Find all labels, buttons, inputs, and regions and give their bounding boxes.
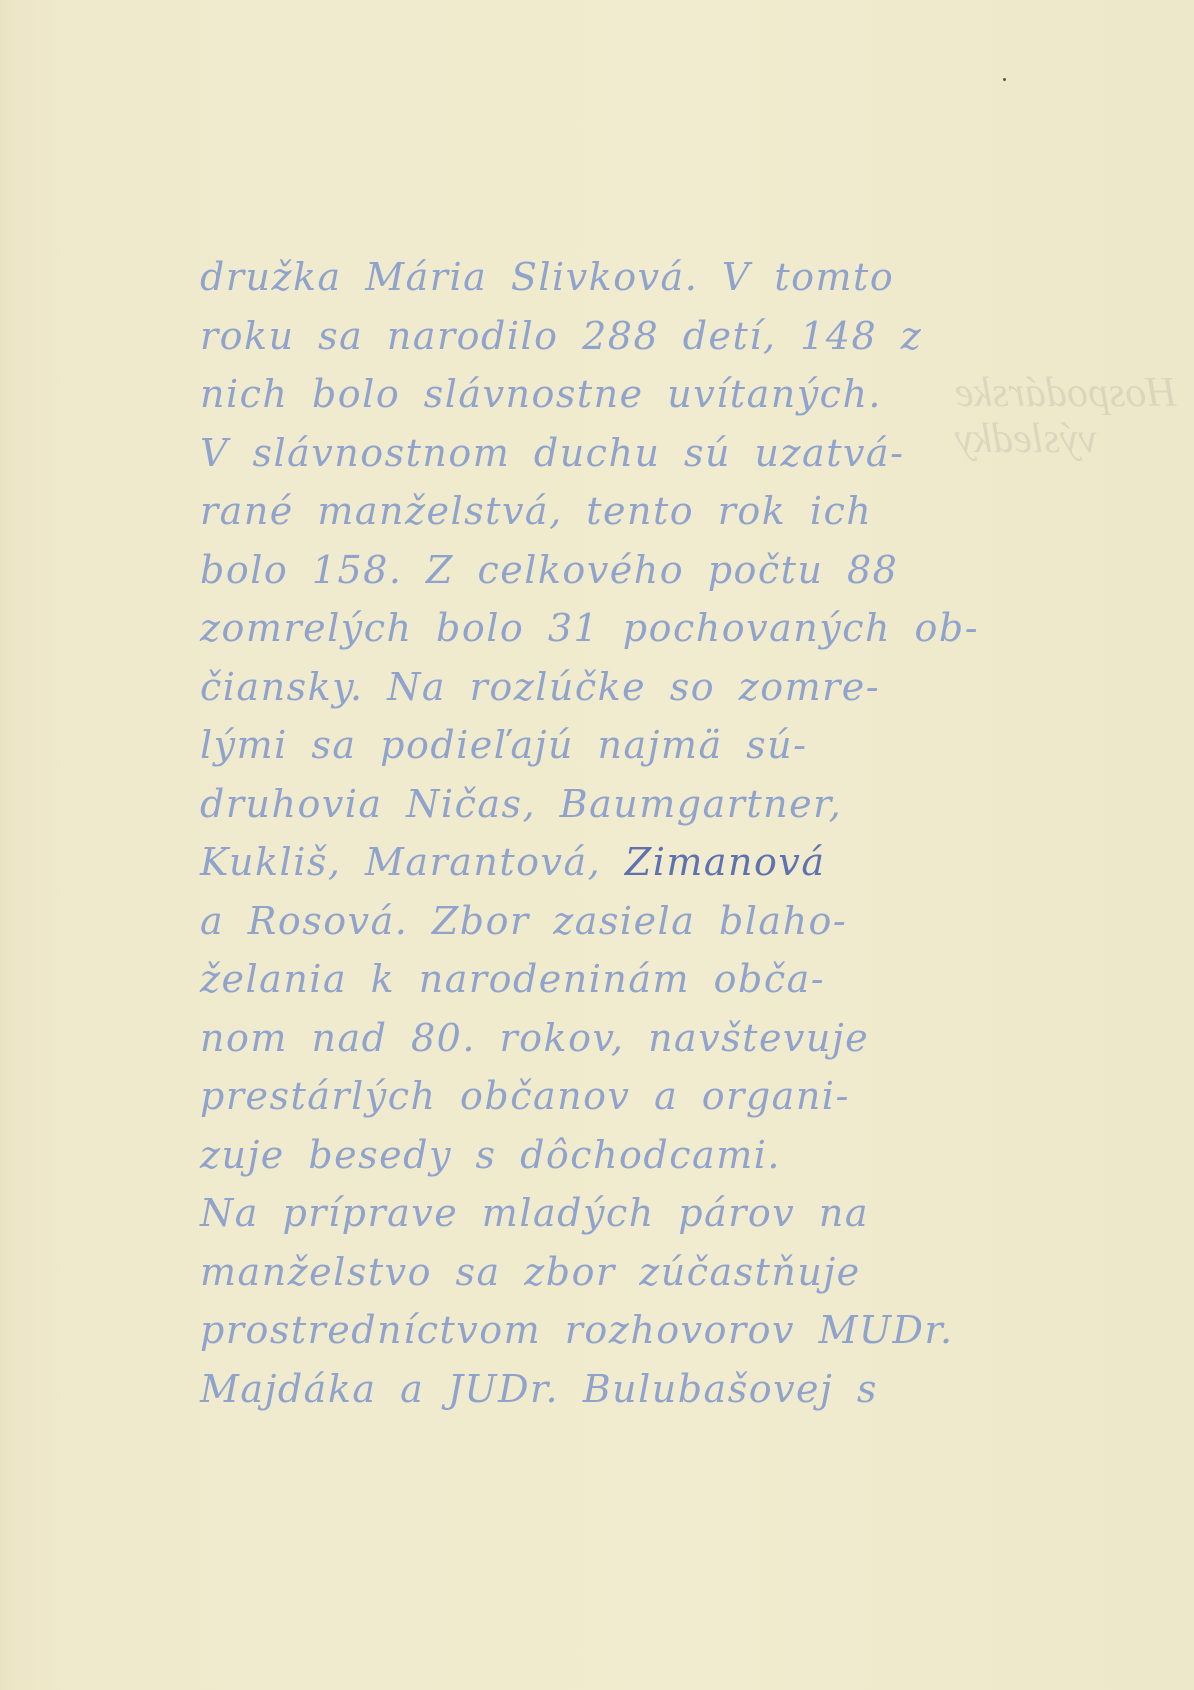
text-line: želania k narodeninám obča- [200,950,960,1009]
text-line: Na príprave mladých párov na [200,1184,960,1243]
text-line: rané manželstvá, tento rok ich [200,482,960,541]
bleed-line: výsledky [955,416,1194,462]
text-segment: Kukliš, Marantová, [200,840,625,884]
text-line: Majdáka a JUDr. Bulubašovej s [200,1360,960,1419]
document-page: Hospodárske výsledky družka Mária Slivko… [0,0,1194,1690]
text-line: bolo 158. Z celkového počtu 88 [200,541,960,600]
text-line: družka Mária Slivková. V tomto [200,248,960,307]
margin-bleed-through-text: Hospodárske výsledky [955,370,1194,462]
text-line: prestárlých občanov a organi- [200,1067,960,1126]
emphasized-name: Zimanová [625,840,826,884]
text-line: V slávnostnom duchu sú uzatvá- [200,424,960,483]
text-line: nich bolo slávnostne uvítaných. [200,365,960,424]
text-line: prostredníctvom rozhovorov MUDr. [200,1301,960,1360]
text-line: čiansky. Na rozlúčke so zomre- [200,658,960,717]
text-line: Kukliš, Marantová, Zimanová [200,833,960,892]
text-line: zuje besedy s dôchodcami. [200,1126,960,1185]
text-line: zomrelých bolo 31 pochovaných ob- [200,599,960,658]
bleed-line: Hospodárske [955,370,1194,416]
handwritten-text-block: družka Mária Slivková. V tomto roku sa n… [200,248,960,1418]
paper-speck [1003,78,1006,81]
text-line: nom nad 80. rokov, navštevuje [200,1009,960,1068]
text-line: a Rosová. Zbor zasiela blaho- [200,892,960,951]
text-line: druhovia Ničas, Baumgartner, [200,775,960,834]
text-line: manželstvo sa zbor zúčastňuje [200,1243,960,1302]
text-line: lými sa podieľajú najmä sú- [200,716,960,775]
text-line: roku sa narodilo 288 detí, 148 z [200,307,960,366]
